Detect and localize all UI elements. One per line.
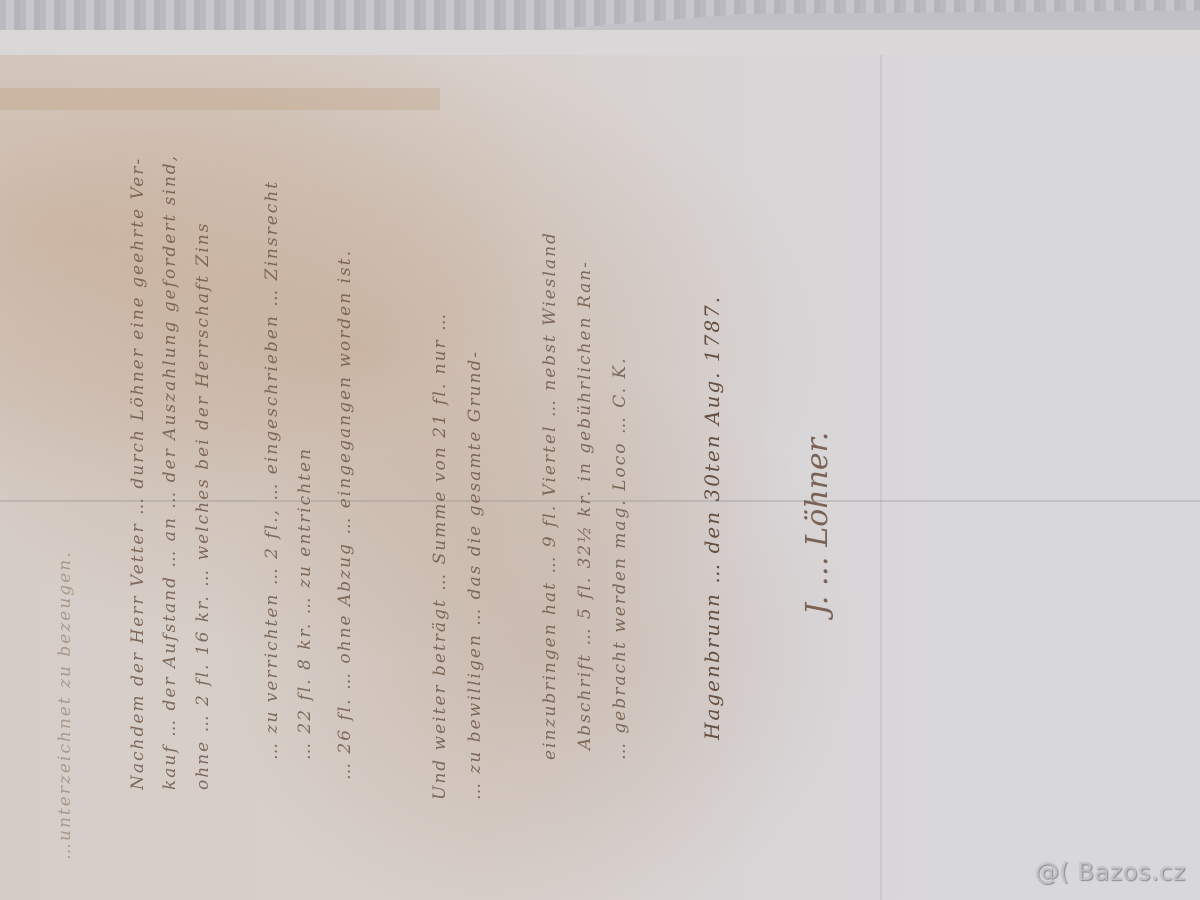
- handwritten-line: … zu verrichten … 2 fl., … eingeschriebe…: [262, 180, 282, 760]
- handwritten-line: …unterzeichnet zu bezeugen.: [55, 550, 75, 860]
- bazos-watermark: @( Bazos.cz: [1035, 858, 1186, 886]
- handwritten-line: Abschrift … 5 fl. 32½ kr. in gebührliche…: [575, 260, 595, 750]
- handwritten-line: … 22 fl. 8 kr. … zu entrichten: [295, 447, 315, 760]
- handwritten-line: Nachdem der Herr Vetter … durch Löhner e…: [128, 157, 148, 790]
- handwritten-line: einzubringen hat … 9 fl. Viertel … nebst…: [540, 231, 560, 760]
- handwritten-line: … 26 fl. … ohne Abzug … eingegangen word…: [335, 249, 355, 780]
- handwritten-line: Hagenbrunn … den 30ten Aug. 1787.: [700, 295, 724, 740]
- handwritten-line: ohne … 2 fl. 16 kr. … welches bei der He…: [193, 222, 213, 790]
- handwritten-line: Und weiter beträgt … Summe von 21 fl. nu…: [430, 312, 450, 800]
- handwritten-line: … zu bewilligen … das die gesamte Grund-: [465, 350, 485, 800]
- handwritten-line: … gebracht werden mag. Loco … C. K.: [610, 356, 630, 760]
- handwritten-line: kauf … der Aufstand … an … der Auszahlun…: [160, 154, 180, 790]
- signature: J. … Löhner.: [800, 432, 835, 615]
- handwritten-text-block: …unterzeichnet zu bezeugen.Nachdem der H…: [0, 0, 1200, 900]
